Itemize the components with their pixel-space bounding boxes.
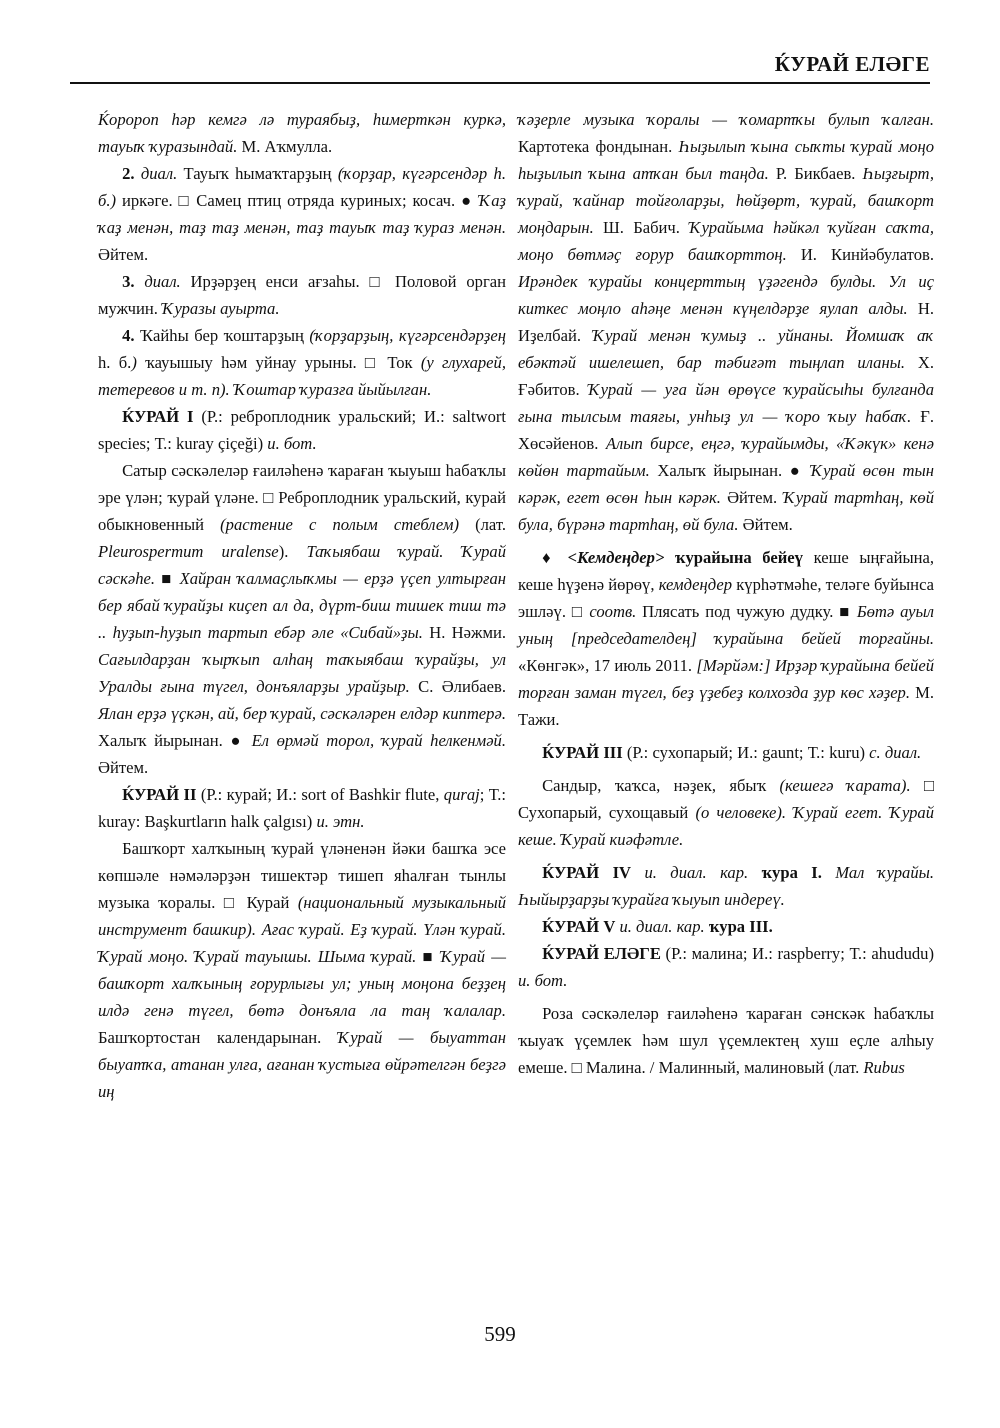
gloss-text: кемдеңдер bbox=[659, 575, 732, 594]
sense-number: 2. bbox=[122, 164, 134, 183]
sense-2: 2. диал. Тауыҡ һымаҡтарҙың (ҡорҙар, күгә… bbox=[98, 160, 506, 268]
source-attribution: Н. Нәжми. bbox=[423, 623, 506, 642]
running-header-title: ЌУРАЙ ЕЛӘГЕ bbox=[775, 52, 930, 77]
entry-kuray-5: ЌУРАЙ V и. диал. кар. ҡура III. bbox=[518, 913, 934, 940]
grammar-label: и. бот. bbox=[518, 971, 567, 990]
headword: ЌУРАЙ ЕЛӘГЕ bbox=[542, 944, 661, 963]
left-column: Ќоророп һәр кемгә лә тураябыҙ, һимерткән… bbox=[98, 106, 506, 1105]
latin-name: Pleurospermum uralense bbox=[98, 542, 279, 561]
source-attribution: Р. Бикбаев. bbox=[769, 164, 863, 183]
gloss-text: (ҡорҙарҙың, күгәрсендәрҙең bbox=[309, 326, 506, 345]
gloss-text: (растение с полым стеблем) bbox=[220, 515, 459, 534]
usage-label: диал. bbox=[135, 164, 178, 183]
entry-kuray-1: ЌУРАЙ I (Р.: реброплодник уральский; И.:… bbox=[98, 403, 506, 457]
entry-kuray-elage-definition: Роза сәскәлеләр ғаиләһенә ҡараған сәнскә… bbox=[518, 1000, 934, 1081]
sense-number: 4. bbox=[122, 326, 134, 345]
equivalents-italic: quraj bbox=[444, 785, 480, 804]
sense-4: 4. Ҡайһы бер ҡоштарҙың (ҡорҙарҙың, күгәр… bbox=[98, 322, 506, 403]
usage-label: диал. bbox=[135, 272, 181, 291]
entry-kuray-3-definition: Сандыр, ҡаҡса, нәҙек, ябыҡ (кешегә ҡарат… bbox=[518, 772, 934, 853]
source-attribution: Әйтем. bbox=[98, 758, 148, 777]
headword: ЌУРАЙ III bbox=[542, 743, 623, 762]
definition-text: Ҡайһы бер ҡоштарҙың bbox=[135, 326, 310, 345]
entry-kuray-2-definition: Башҡорт халҡының ҡурай үләненән йәки баш… bbox=[98, 835, 506, 1105]
grammar-label: и. диал. кар. bbox=[615, 917, 704, 936]
example-text: Ирәндек ҡурайы концерттың үҙәгендә булды… bbox=[518, 272, 934, 318]
headword: ЌУРАЙ V bbox=[542, 917, 615, 936]
grammar-label: и. бот. bbox=[267, 434, 316, 453]
latin-name: Rubus bbox=[863, 1058, 904, 1077]
source-attribution: Әйтем. bbox=[738, 515, 792, 534]
source-attribution: М. Аҡмулла. bbox=[237, 137, 332, 156]
grammar-label: и. этн. bbox=[316, 812, 364, 831]
example-text: Ялан ерҙә үҫкән, ай, бер ҡурай, сәскәләр… bbox=[98, 704, 506, 723]
equivalents: (Р.: сухопарый; И.: gaunt; Т.: kuru) bbox=[623, 743, 869, 762]
example-marker: ■ bbox=[416, 947, 440, 966]
idiom-headword: ҡурайына бейеү bbox=[664, 548, 803, 567]
idiom-variable: <Кемдеңдер> bbox=[568, 548, 665, 567]
cross-reference: ҡура I. bbox=[748, 863, 822, 882]
source-attribution: Әйтем. bbox=[98, 245, 148, 264]
example-marker: ■ bbox=[155, 569, 180, 588]
continued-paragraph: Ќоророп һәр кемгә лә тураябыҙ, һимерткән… bbox=[98, 106, 506, 160]
abbreviation: һ. б. bbox=[98, 353, 131, 372]
usage-label: соотв. bbox=[589, 602, 636, 621]
entry-kuray-3: ЌУРАЙ III (Р.: сухопарый; И.: gaunt; Т.:… bbox=[518, 739, 934, 766]
entry-kuray-elage: ЌУРАЙ ЕЛӘГЕ (Р.: малина; И.: raspberry; … bbox=[518, 940, 934, 994]
source-attribution: И. Кинйәбулатов. bbox=[787, 245, 934, 264]
punctuation: ). bbox=[279, 542, 307, 561]
source-attribution: Халыҡ йырынан. ● bbox=[98, 731, 252, 750]
translation-text: Плясать под чужую дудку. ■ bbox=[636, 602, 857, 621]
source-attribution: С. Әлибаев. bbox=[410, 677, 506, 696]
source-attribution: Ш. Бабич. bbox=[594, 218, 689, 237]
source-attribution: Халыҡ йырынан. ● bbox=[650, 461, 811, 480]
definition-text: Тауыҡ һымаҡтарҙың bbox=[177, 164, 338, 183]
definition-text: Сандыр, ҡаҡса, нәҙек, ябыҡ bbox=[542, 776, 779, 795]
sense-3: 3. диал. Ирҙәрҙең енси ағзаһы. □ Половой… bbox=[98, 268, 506, 322]
grammar-label: с. диал. bbox=[869, 743, 921, 762]
headword: ЌУРАЙ I bbox=[122, 407, 193, 426]
idiom-entry: ♦ <Кемдеңдер> ҡурайына бейеү кеше ыңғайы… bbox=[518, 544, 934, 733]
entry-kuray-4: ЌУРАЙ IV и. диал. кар. ҡура I. Мал ҡурай… bbox=[518, 859, 934, 913]
equivalents: (Р.: малина; И.: raspberry; Т.: ahududu) bbox=[661, 944, 934, 963]
translation-text: ҡауышыу һәм уйнау урыны. □ Ток bbox=[137, 353, 421, 372]
gloss-text: (кешегә ҡарата). bbox=[779, 776, 910, 795]
source-attribution: Башҡортостан календарынан. bbox=[98, 1028, 338, 1047]
source-attribution: Картотека фондынан. bbox=[518, 137, 679, 156]
continued-paragraph: ҡәҙерле музыка ҡоралы — ҡомартҡы булып ҡ… bbox=[518, 106, 934, 538]
headword: ЌУРАЙ IV bbox=[542, 863, 631, 882]
cross-reference: ҡура III. bbox=[705, 917, 773, 936]
page-number: 599 bbox=[0, 1322, 1000, 1347]
right-column: ҡәҙерле музыка ҡоралы — ҡомартҡы булып ҡ… bbox=[518, 106, 934, 1081]
source-attribution: Әйтем. bbox=[721, 488, 783, 507]
example-text: Ҡуразы ауырта. bbox=[162, 299, 279, 318]
entry-kuray-1-definition: Сатыр сәскәлеләр ғаиләһенә ҡараған ҡыуыш… bbox=[98, 457, 506, 781]
equivalents: (Р.: курай; И.: sort of Bashkir flute, bbox=[196, 785, 443, 804]
header-rule bbox=[70, 82, 930, 84]
proverb-text: Ел өрмәй торол, ҡурай һелкенмәй. bbox=[252, 731, 506, 750]
diamond-icon: ♦ bbox=[542, 548, 568, 567]
sense-number: 3. bbox=[122, 272, 134, 291]
entry-kuray-2: ЌУРАЙ II (Р.: курай; И.: sort of Bashkir… bbox=[98, 781, 506, 835]
gloss-text: (о человеке). bbox=[695, 803, 786, 822]
headword: ЌУРАЙ II bbox=[122, 785, 196, 804]
translation-text: иркәге. □ Самец птиц отряда куриных; кос… bbox=[116, 191, 479, 210]
source-attribution: «Көнгәк», 17 июль 2011. bbox=[518, 656, 696, 675]
example-text: Ҡоштар ҡуразға йыйылған. bbox=[230, 380, 432, 399]
grammar-label: и. диал. кар. bbox=[631, 863, 748, 882]
latin-label: (лат. bbox=[459, 515, 506, 534]
example-text: ҡәҙерле музыка ҡоралы — ҡомартҡы булып ҡ… bbox=[518, 110, 934, 129]
